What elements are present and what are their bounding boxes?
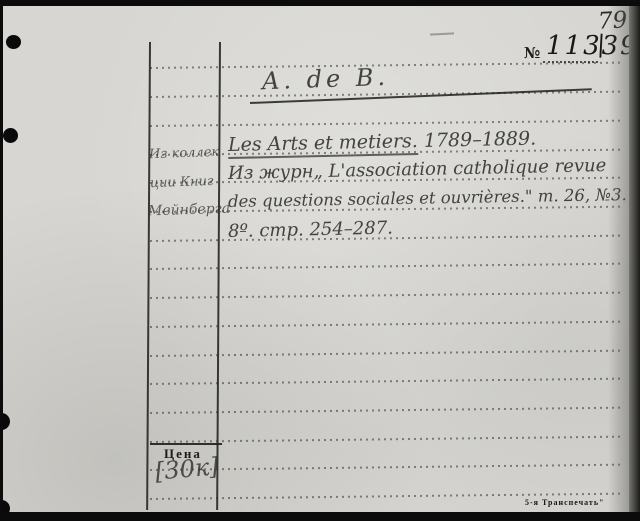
ruled-line [150, 350, 623, 357]
margin-column-left-rule [146, 42, 151, 510]
margin-note-line: Мейнберга [148, 201, 231, 220]
ruled-line [150, 321, 623, 328]
scan-edge [0, 0, 3, 521]
author-heading: A. de B. [262, 63, 390, 95]
ruled-line [150, 263, 623, 270]
margin-note-line: ции Книг [150, 174, 214, 191]
scan-edge [629, 0, 640, 521]
numero-symbol: № [524, 44, 540, 62]
ruled-line [150, 378, 623, 385]
price-value: [30к] [154, 452, 220, 485]
entry-title: Les Arts et metiers. [228, 130, 418, 159]
punch-hole [6, 35, 21, 49]
price-box-border [150, 443, 222, 445]
pen-tick-mark: | [596, 30, 606, 58]
margin-note-line: Из коллек [149, 145, 220, 162]
scan-edge [0, 512, 640, 521]
catalog-card-scan: 79 № 11339 | A. de B. Из коллек ции Книг… [0, 0, 640, 521]
entry-pages-line: 8º. стр. 254–287. [228, 218, 393, 242]
ruled-line [150, 407, 623, 414]
scan-edge [0, 0, 640, 6]
accession-number-underline [543, 61, 598, 63]
ruled-line [150, 120, 623, 127]
entry-dates: 1789–1889. [418, 128, 537, 152]
entry-source-line: Из журн„ L'association catholique revue [228, 155, 607, 184]
ruled-line [150, 464, 623, 471]
printer-imprint: 5-я Транспечать" [525, 498, 605, 507]
ruled-line [150, 436, 623, 443]
pencil-dash-mark [430, 32, 454, 35]
scan-edge-shadow [608, 0, 629, 521]
ruled-line [150, 292, 623, 299]
punch-hole [3, 128, 18, 143]
